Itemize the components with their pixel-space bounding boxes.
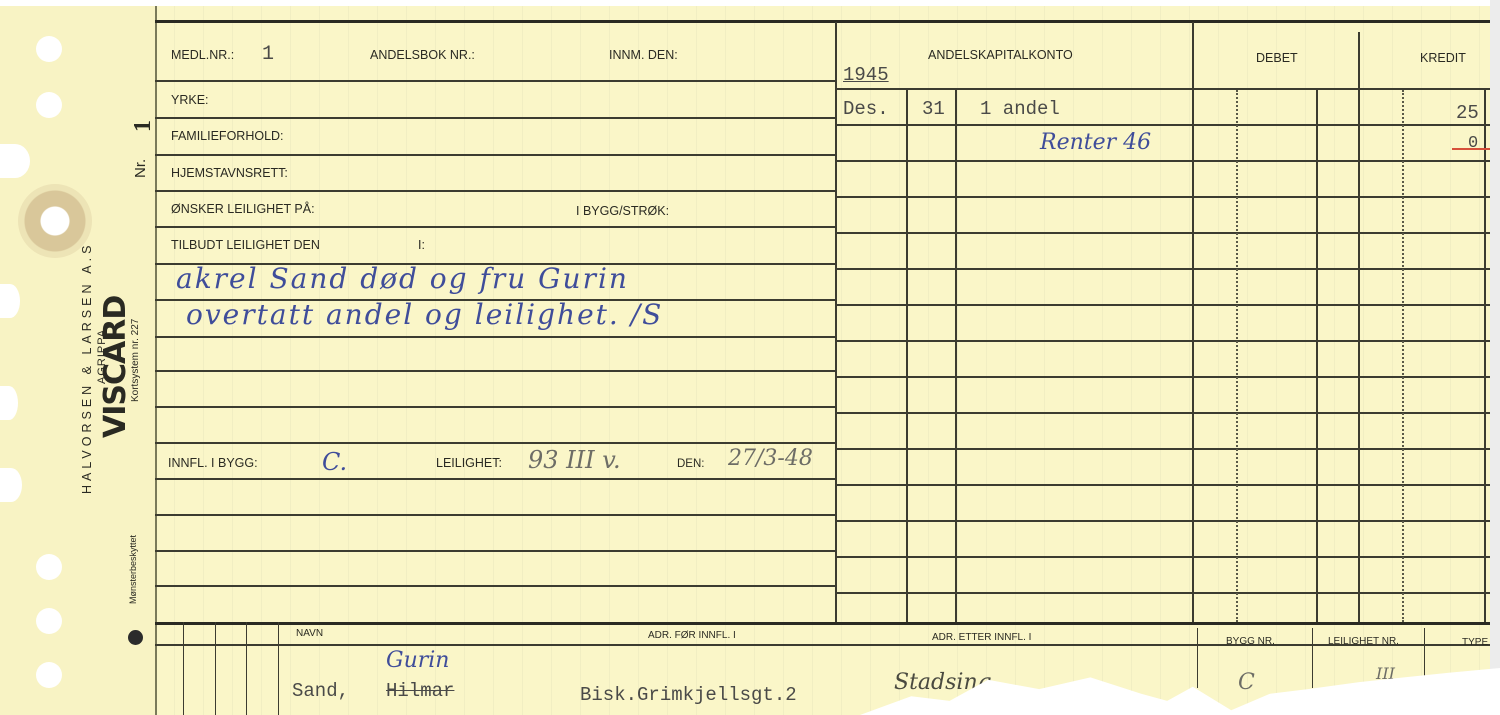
name-surname: Sand, (292, 680, 349, 702)
form-line (155, 80, 835, 82)
i-bygg-strok-label: I BYGG/STRØK: (576, 204, 669, 218)
onsker-leilighet-label: ØNSKER LEILIGHET PÅ: (171, 202, 315, 216)
ledger-title: ANDELSKAPITALKONTO (928, 48, 1073, 62)
medl-nr-value: 1 (262, 43, 274, 66)
name-first-new: Gurin (386, 648, 449, 673)
form-line (155, 370, 835, 372)
footer-top-line (155, 622, 1490, 625)
familieforhold-label: FAMILIEFORHOLD: (171, 129, 284, 143)
navn-label: NAVN (296, 628, 323, 639)
leilighet-nr-label: LEILIGHET NR. (1328, 636, 1399, 647)
ledger-line (837, 196, 1490, 198)
ledger-line (837, 448, 1490, 450)
leilighet-label: LEILIGHET: (436, 456, 502, 470)
adr-for-label: ADR. FØR INNFL. I (648, 630, 736, 641)
ledger-line (837, 520, 1490, 522)
kredit-divider (1358, 32, 1360, 622)
punch-hole (36, 92, 62, 118)
punch-hole (36, 554, 62, 580)
ledger-line (837, 412, 1490, 414)
innfl-bygg-value: C. (322, 448, 347, 476)
ledger-line (837, 268, 1490, 270)
andelsbok-nr-label: ANDELSBOK NR.: (370, 48, 475, 62)
entry-kredit: 25 (1456, 102, 1479, 124)
entry-renter-text: Renter 46 (1040, 130, 1151, 155)
punch-hole (36, 36, 62, 62)
debet-ore-col (1316, 90, 1318, 622)
hjemstavnsrett-label: HJEMSTAVNSRETT: (171, 166, 288, 180)
index-dot (128, 630, 143, 645)
kredit-header: KREDIT (1420, 51, 1466, 65)
debet-header: DEBET (1256, 51, 1298, 65)
form-line (155, 550, 835, 552)
ledger-year: 1945 (843, 64, 889, 86)
form-line (155, 154, 835, 156)
ledger-header-line (837, 88, 1490, 90)
form-line (155, 117, 835, 119)
kredit-decimal-line (1402, 90, 1404, 622)
footer-col (1312, 628, 1313, 688)
ledger-day-col (906, 88, 908, 622)
torn-notch (0, 386, 18, 420)
torn-notch (0, 468, 22, 502)
ledger-line (837, 124, 1490, 126)
brand-company: HALVORSEN & LARSEN A.S (80, 242, 94, 494)
debet-decimal-line (1236, 90, 1238, 622)
den-label: DEN: (677, 458, 704, 470)
form-line (155, 514, 835, 516)
tilbudt-i-label: I: (418, 238, 425, 252)
top-border (155, 20, 1490, 23)
entry-text: 1 andel (980, 98, 1060, 120)
medl-nr-label: MEDL.NR.: (171, 48, 234, 62)
type-label: TYPE (1462, 637, 1488, 648)
ledger-line (837, 376, 1490, 378)
footer-header-line (155, 644, 1490, 646)
kredit-ore-col (1484, 90, 1486, 622)
footer-col (278, 622, 279, 715)
design-protected-label: Mønsterbeskyttet (128, 535, 138, 604)
brand-system: Kortsystem nr. 227 (130, 319, 141, 402)
adr-etter-label: ADR. ETTER INNFL. I (932, 632, 1031, 643)
ledger-line (837, 484, 1490, 486)
innm-den-label: INNM. DEN: (609, 48, 678, 62)
note-line-2: overtatt andel og leilighet. /S (186, 298, 663, 331)
brand-logo: VISCARD (98, 296, 133, 438)
form-line (155, 442, 835, 444)
ledger-line (837, 232, 1490, 234)
footer-col (246, 622, 247, 715)
innfl-bygg-label: INNFL. I BYGG: (168, 456, 258, 470)
punch-hole (36, 608, 62, 634)
footer-col (1424, 628, 1425, 678)
leilighet-value: 93 III v. (528, 446, 621, 474)
footer-col (1197, 628, 1198, 688)
debet-divider (1192, 22, 1194, 622)
ledger-line (837, 304, 1490, 306)
torn-notch (0, 144, 30, 178)
yrke-label: YRKE: (171, 93, 209, 107)
form-line (155, 478, 835, 480)
adr-for-value: Bisk.Grimkjellsgt.2 (580, 684, 797, 706)
form-line (155, 190, 835, 192)
footer-col (215, 622, 216, 715)
binding-strip: 1 Nr. HALVORSEN & LARSEN A.S AGRIPPA VIS… (0, 6, 157, 715)
form-line (155, 226, 835, 228)
member-card (0, 6, 1490, 715)
form-line (155, 336, 835, 338)
card-number: 1 (130, 120, 157, 132)
bygg-nr-label: BYGG NR. (1226, 636, 1275, 647)
footer-col (183, 622, 184, 715)
torn-notch (0, 284, 20, 318)
entry-month: Des. (843, 98, 889, 120)
den-value: 27/3-48 (728, 446, 813, 471)
card-number-label: Nr. (132, 159, 149, 178)
ledger-line (837, 340, 1490, 342)
note-line-1: akrel Sand død og fru Gurin (176, 262, 629, 295)
bygg-nr-value: C (1238, 670, 1255, 695)
ledger-divider (835, 22, 837, 622)
form-line (155, 406, 835, 408)
ledger-text-col (955, 88, 957, 622)
form-line (155, 585, 835, 587)
ledger-line (837, 592, 1490, 594)
name-first-struck: Hilmar (386, 680, 454, 702)
tilbudt-leilighet-label: TILBUDT LEILIGHET DEN (171, 238, 320, 252)
ledger-line (837, 160, 1490, 162)
punch-hole (36, 662, 62, 688)
entry-day: 31 (922, 98, 945, 120)
entry-renter-kredit: 0 (1468, 134, 1478, 153)
scan-edge (1490, 0, 1500, 715)
ledger-line (837, 556, 1490, 558)
